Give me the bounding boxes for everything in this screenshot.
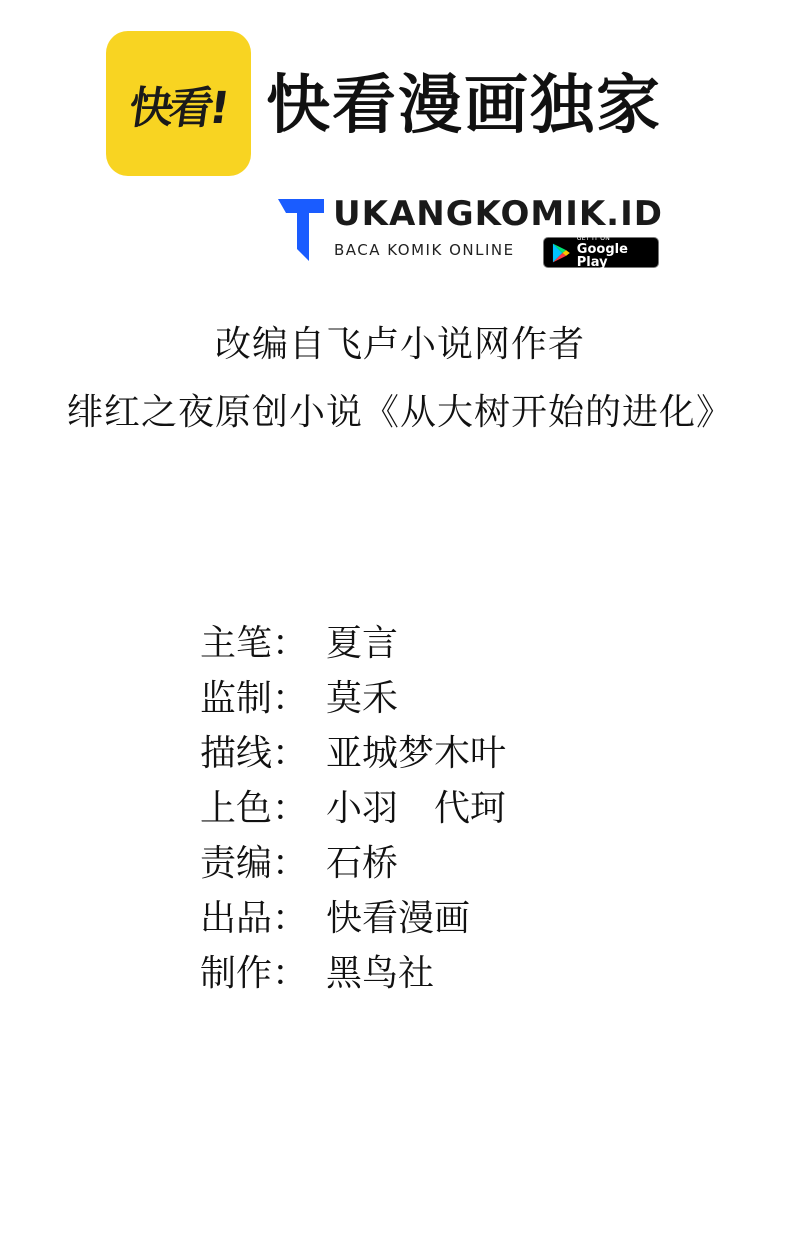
- watermark-tagline: BACA KOMIK ONLINE: [334, 240, 515, 260]
- staff-value: 亚城梦木叶: [326, 726, 506, 781]
- staff-label: 主笔：: [200, 616, 326, 671]
- staff-value: 夏言: [326, 616, 398, 671]
- kuaikan-logo: 快看!: [106, 31, 251, 176]
- staff-row: 出品： 快看漫画: [200, 891, 506, 946]
- staff-value: 小羽 代珂: [326, 781, 506, 836]
- staff-row: 责编： 石桥: [200, 836, 506, 891]
- kuaikan-logo-text: 快看!: [126, 72, 231, 136]
- staff-value: 莫禾: [326, 671, 398, 726]
- google-play-icon: [552, 242, 571, 264]
- staff-row: 制作： 黑鸟社: [200, 946, 506, 1001]
- tukangkomik-t-icon: [278, 199, 324, 261]
- staff-row: 主笔： 夏言: [200, 616, 506, 671]
- intro-line-1: 改编自飞卢小说网作者: [0, 316, 800, 367]
- google-play-badge[interactable]: GET IT ON Google Play: [543, 237, 659, 268]
- staff-row: 上色： 小羽 代珂: [200, 781, 506, 836]
- exclusive-title: 快看漫画独家: [266, 60, 662, 152]
- staff-label: 出品：: [200, 891, 326, 946]
- staff-label: 上色：: [200, 781, 326, 836]
- staff-row: 监制： 莫禾: [200, 671, 506, 726]
- staff-label: 制作：: [200, 946, 326, 1001]
- intro-line-2: 绯红之夜原创小说《从大树开始的进化》: [0, 384, 800, 435]
- staff-value: 黑鸟社: [326, 946, 434, 1001]
- staff-value: 石桥: [326, 836, 398, 891]
- watermark-name: UKANGKOMIK.ID: [333, 194, 663, 234]
- staff-label: 责编：: [200, 836, 326, 891]
- staff-label: 描线：: [200, 726, 326, 781]
- staff-credits: 主笔： 夏言 监制： 莫禾 描线： 亚城梦木叶 上色： 小羽 代珂 责编： 石桥…: [200, 616, 506, 1001]
- staff-row: 描线： 亚城梦木叶: [200, 726, 506, 781]
- staff-value: 快看漫画: [326, 891, 470, 946]
- staff-label: 监制：: [200, 671, 326, 726]
- badge-big-text: Google Play: [577, 243, 658, 269]
